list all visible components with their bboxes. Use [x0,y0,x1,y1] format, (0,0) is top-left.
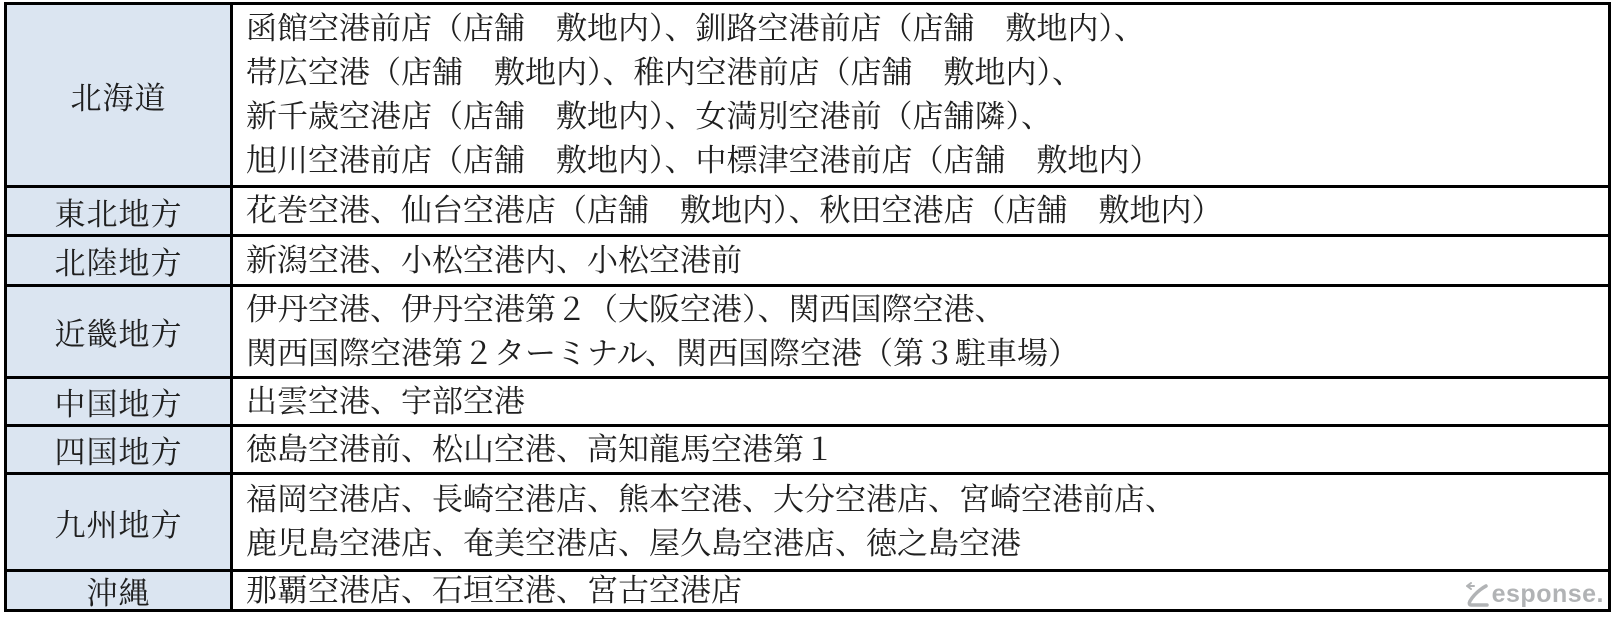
airports-cell: 新潟空港、小松空港内、小松空港前 [233,237,1608,284]
table-row-kyushu: 九州地方 福岡空港店、長崎空港店、熊本空港、大分空港店、宮崎空港前店、 鹿児島空… [7,472,1608,569]
region-cell: 沖縄 [7,572,233,609]
table-row-okinawa: 沖縄 那覇空港店、石垣空港、宮古空港店 [7,569,1608,609]
airports-cell: 那覇空港店、石垣空港、宮古空港店 [233,572,1608,609]
table-row-kinki: 近畿地方 伊丹空港、伊丹空港第２（大阪空港）、関西国際空港、 関西国際空港第２タ… [7,284,1608,376]
table-row-hokkaido: 北海道 函館空港前店（店舗 敷地内）、釧路空港前店（店舗 敷地内）、 帯広空港（… [7,5,1608,185]
airports-line: 函館空港前店（店舗 敷地内）、釧路空港前店（店舗 敷地内）、 [246,7,1600,51]
airports-cell: 函館空港前店（店舗 敷地内）、釧路空港前店（店舗 敷地内）、 帯広空港（店舗 敷… [233,5,1608,185]
region-cell: 四国地方 [7,427,233,472]
region-cell: 中国地方 [7,379,233,424]
region-cell: 東北地方 [7,188,233,234]
airports-line: 新千歳空港店（店舗 敷地内）、女満別空港前（店舗隣）、 [246,95,1600,139]
airports-line: 伊丹空港、伊丹空港第２（大阪空港）、関西国際空港、 [246,288,1600,332]
airports-line: 旭川空港前店（店舗 敷地内）、中標津空港前店（店舗 敷地内） [246,139,1600,183]
airport-table: 北海道 函館空港前店（店舗 敷地内）、釧路空港前店（店舗 敷地内）、 帯広空港（… [4,2,1611,612]
table-row-chugoku: 中国地方 出雲空港、宇部空港 [7,376,1608,424]
region-cell: 北陸地方 [7,237,233,284]
airports-line: 花巻空港、仙台空港店（店舗 敷地内）、秋田空港店（店舗 敷地内） [246,189,1600,233]
table-row-tohoku: 東北地方 花巻空港、仙台空港店（店舗 敷地内）、秋田空港店（店舗 敷地内） [7,185,1608,234]
airports-line: 新潟空港、小松空港内、小松空港前 [246,239,1600,283]
response-logo-r-arrow-icon [1464,581,1490,609]
airports-line: 那覇空港店、石垣空港、宮古空港店 [246,569,1600,613]
airports-line: 関西国際空港第２ターミナル、関西国際空港（第３駐車場） [246,332,1600,376]
airports-line: 鹿児島空港店、奄美空港店、屋久島空港店、徳之島空港 [246,522,1600,566]
airports-cell: 徳島空港前、松山空港、高知龍馬空港第１ [233,427,1608,472]
screenshot-stage: 北海道 函館空港前店（店舗 敷地内）、釧路空港前店（店舗 敷地内）、 帯広空港（… [0,0,1618,620]
response-logo-text: esponse. [1492,580,1604,609]
table-row-shikoku: 四国地方 徳島空港前、松山空港、高知龍馬空港第１ [7,424,1608,472]
response-logo: esponse. [1464,580,1604,609]
region-cell: 北海道 [7,5,233,185]
region-cell: 九州地方 [7,475,233,569]
airports-cell: 出雲空港、宇部空港 [233,379,1608,424]
airports-line: 帯広空港（店舗 敷地内）、稚内空港前店（店舗 敷地内）、 [246,51,1600,95]
airports-cell: 福岡空港店、長崎空港店、熊本空港、大分空港店、宮崎空港前店、 鹿児島空港店、奄美… [233,475,1608,569]
airports-line: 出雲空港、宇部空港 [246,380,1600,424]
airports-cell: 伊丹空港、伊丹空港第２（大阪空港）、関西国際空港、 関西国際空港第２ターミナル、… [233,287,1608,376]
table-row-hokuriku: 北陸地方 新潟空港、小松空港内、小松空港前 [7,234,1608,284]
airports-cell: 花巻空港、仙台空港店（店舗 敷地内）、秋田空港店（店舗 敷地内） [233,188,1608,234]
region-cell: 近畿地方 [7,287,233,376]
airports-line: 福岡空港店、長崎空港店、熊本空港、大分空港店、宮崎空港前店、 [246,478,1600,522]
airports-line: 徳島空港前、松山空港、高知龍馬空港第１ [246,428,1600,472]
